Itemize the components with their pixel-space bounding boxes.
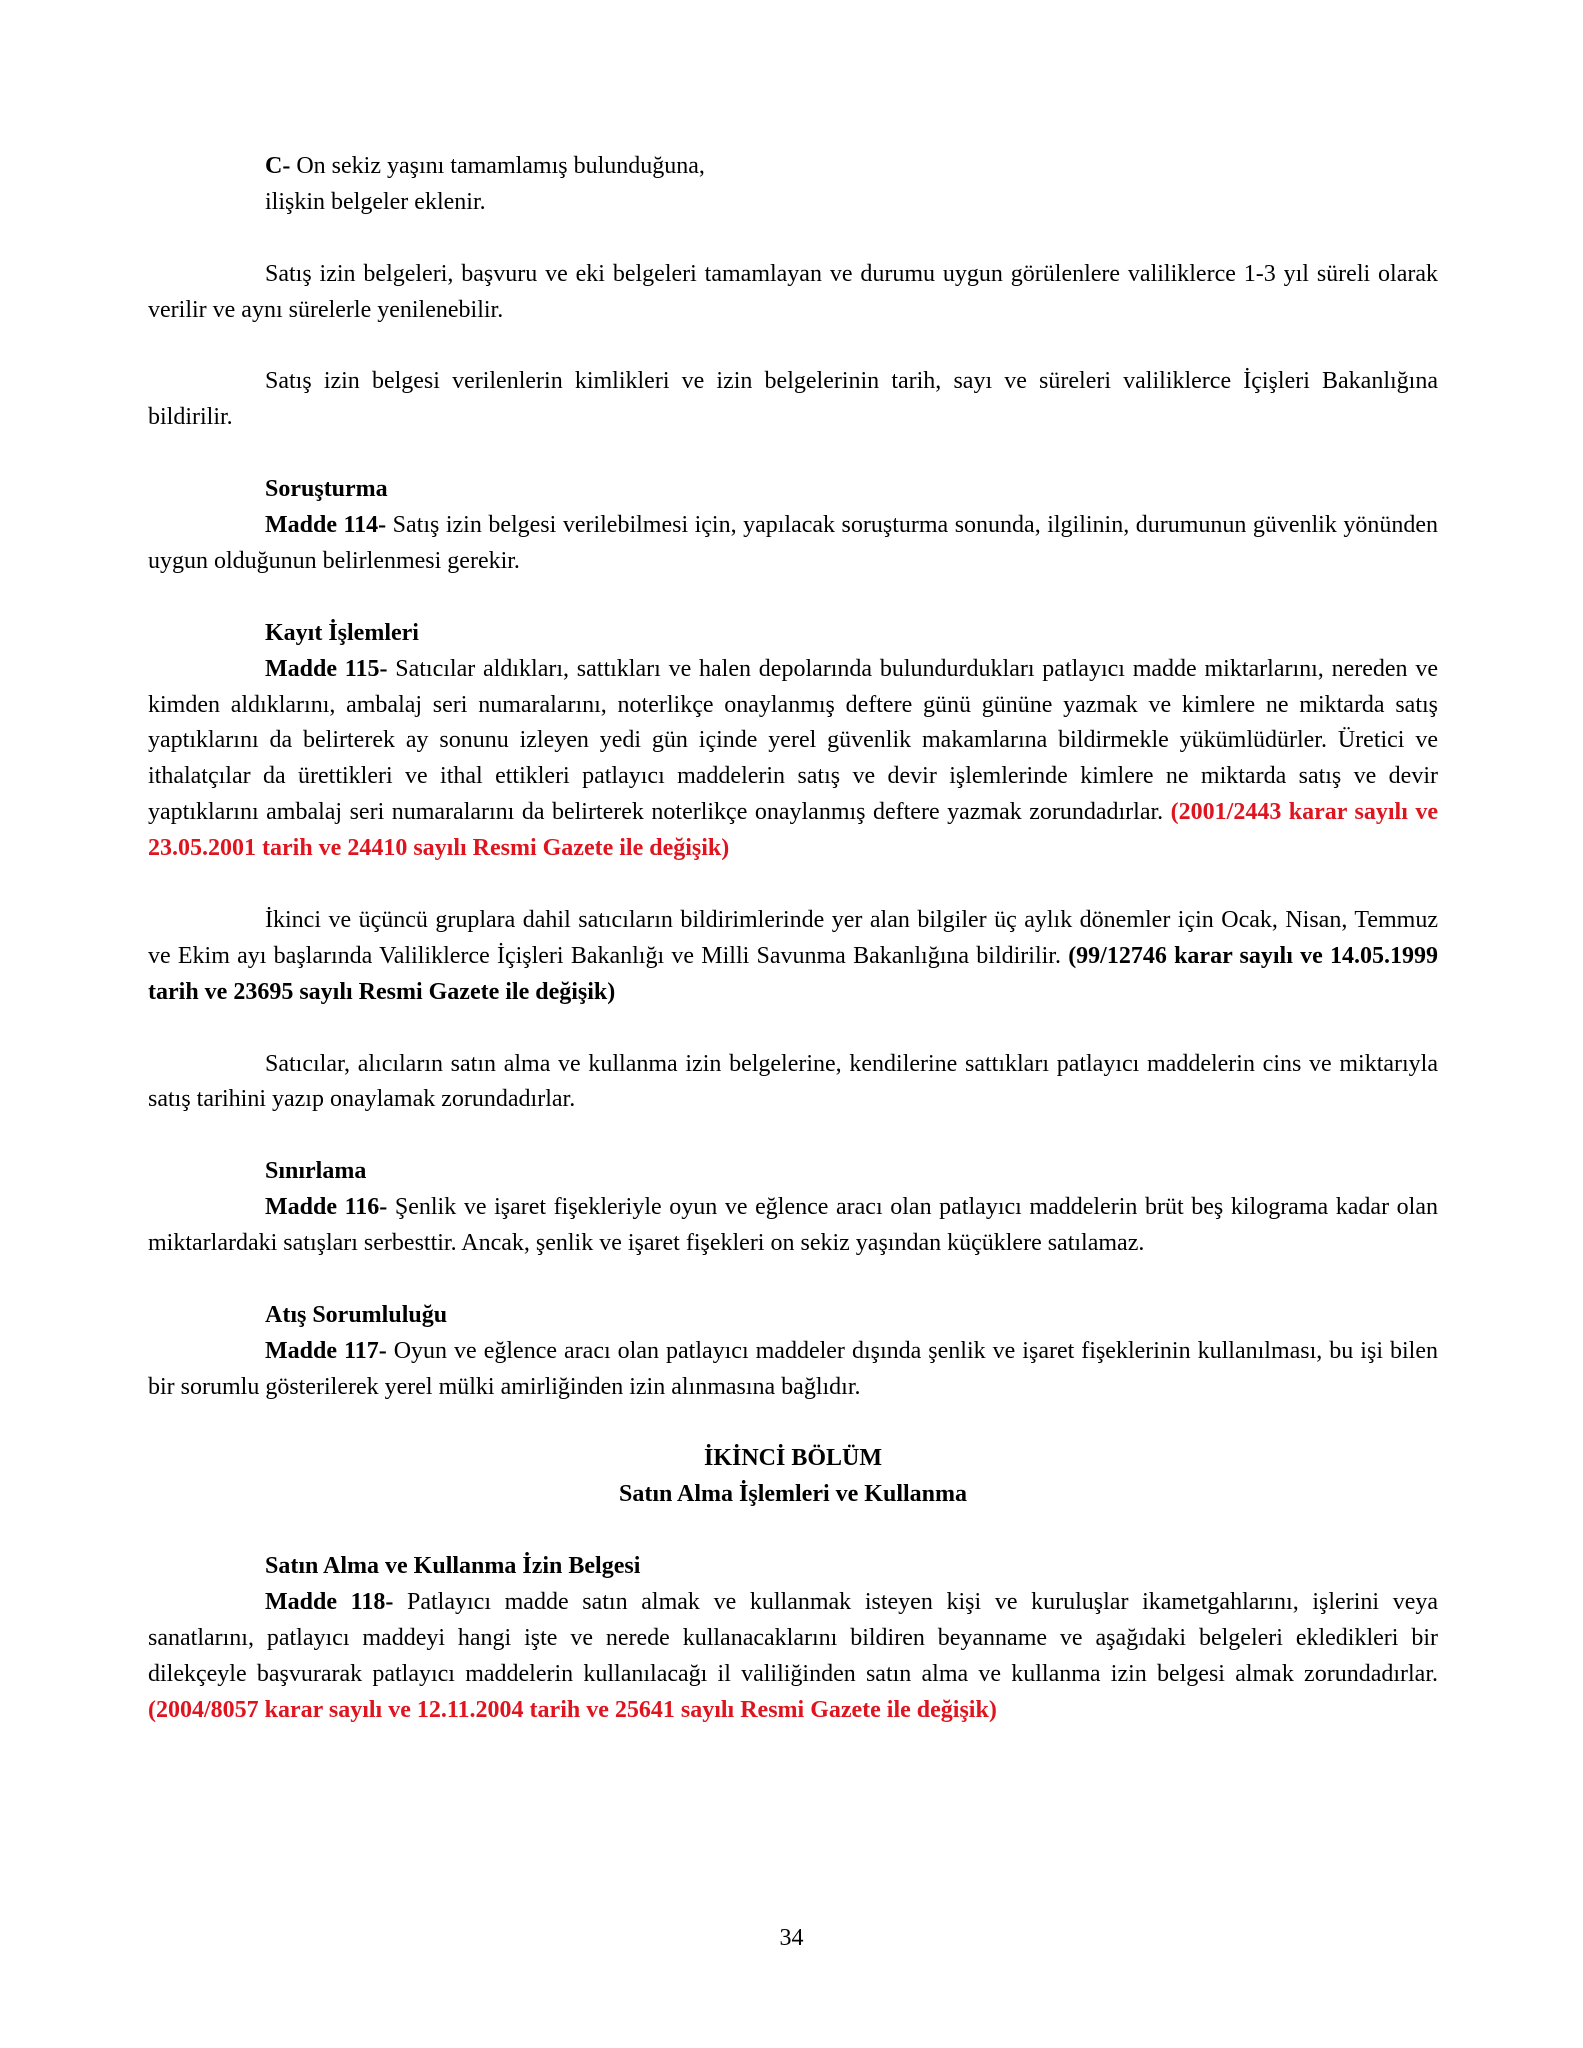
section-heading: Satın Alma ve Kullanma İzin Belgesi [148, 1549, 1438, 1585]
list-item-label: C- [265, 153, 290, 179]
chapter-title: İKİNCİ BÖLÜM [148, 1441, 1438, 1477]
section-heading: Soruşturma [148, 472, 1438, 508]
paragraph: İkinci ve üçüncü gruplara dahil satıcıla… [148, 903, 1438, 1011]
chapter-subtitle: Satın Alma İşlemleri ve Kullanma [148, 1477, 1438, 1513]
section-heading: Kayıt İşlemleri [148, 616, 1438, 652]
article-label: Madde 118- [265, 1589, 393, 1615]
article-label: Madde 117- [265, 1338, 387, 1364]
article-paragraph: Madde 116- Şenlik ve işaret fişekleriyle… [148, 1190, 1438, 1262]
section-heading: Sınırlama [148, 1154, 1438, 1190]
article-label: Madde 115- [265, 656, 387, 682]
document-page: C- On sekiz yaşını tamamlamış bulunduğun… [148, 149, 1438, 1765]
article-paragraph: Madde 117- Oyun ve eğlence aracı olan pa… [148, 1334, 1438, 1406]
article-label: Madde 116- [265, 1194, 387, 1220]
paragraph: Satıcılar, alıcıların satın alma ve kull… [148, 1047, 1438, 1119]
list-continuation: ilişkin belgeler eklenir. [148, 185, 1438, 221]
section-heading: Atış Sorumluluğu [148, 1298, 1438, 1334]
paragraph: Satış izin belgeleri, başvuru ve eki bel… [148, 257, 1438, 329]
article-paragraph: Madde 118- Patlayıcı madde satın almak v… [148, 1585, 1438, 1729]
paragraph: Satış izin belgesi verilenlerin kimlikle… [148, 364, 1438, 436]
article-paragraph: Madde 114- Satış izin belgesi verilebilm… [148, 508, 1438, 580]
article-label: Madde 114- [265, 512, 386, 538]
list-item-c: C- On sekiz yaşını tamamlamış bulunduğun… [148, 149, 1438, 185]
article-paragraph: Madde 115- Satıcılar aldıkları, sattıkla… [148, 652, 1438, 867]
amendment-note: (2004/8057 karar sayılı ve 12.11.2004 ta… [148, 1697, 997, 1723]
page-number: 34 [0, 1925, 1583, 1952]
list-item-text: On sekiz yaşını tamamlamış bulunduğuna, [290, 153, 705, 179]
